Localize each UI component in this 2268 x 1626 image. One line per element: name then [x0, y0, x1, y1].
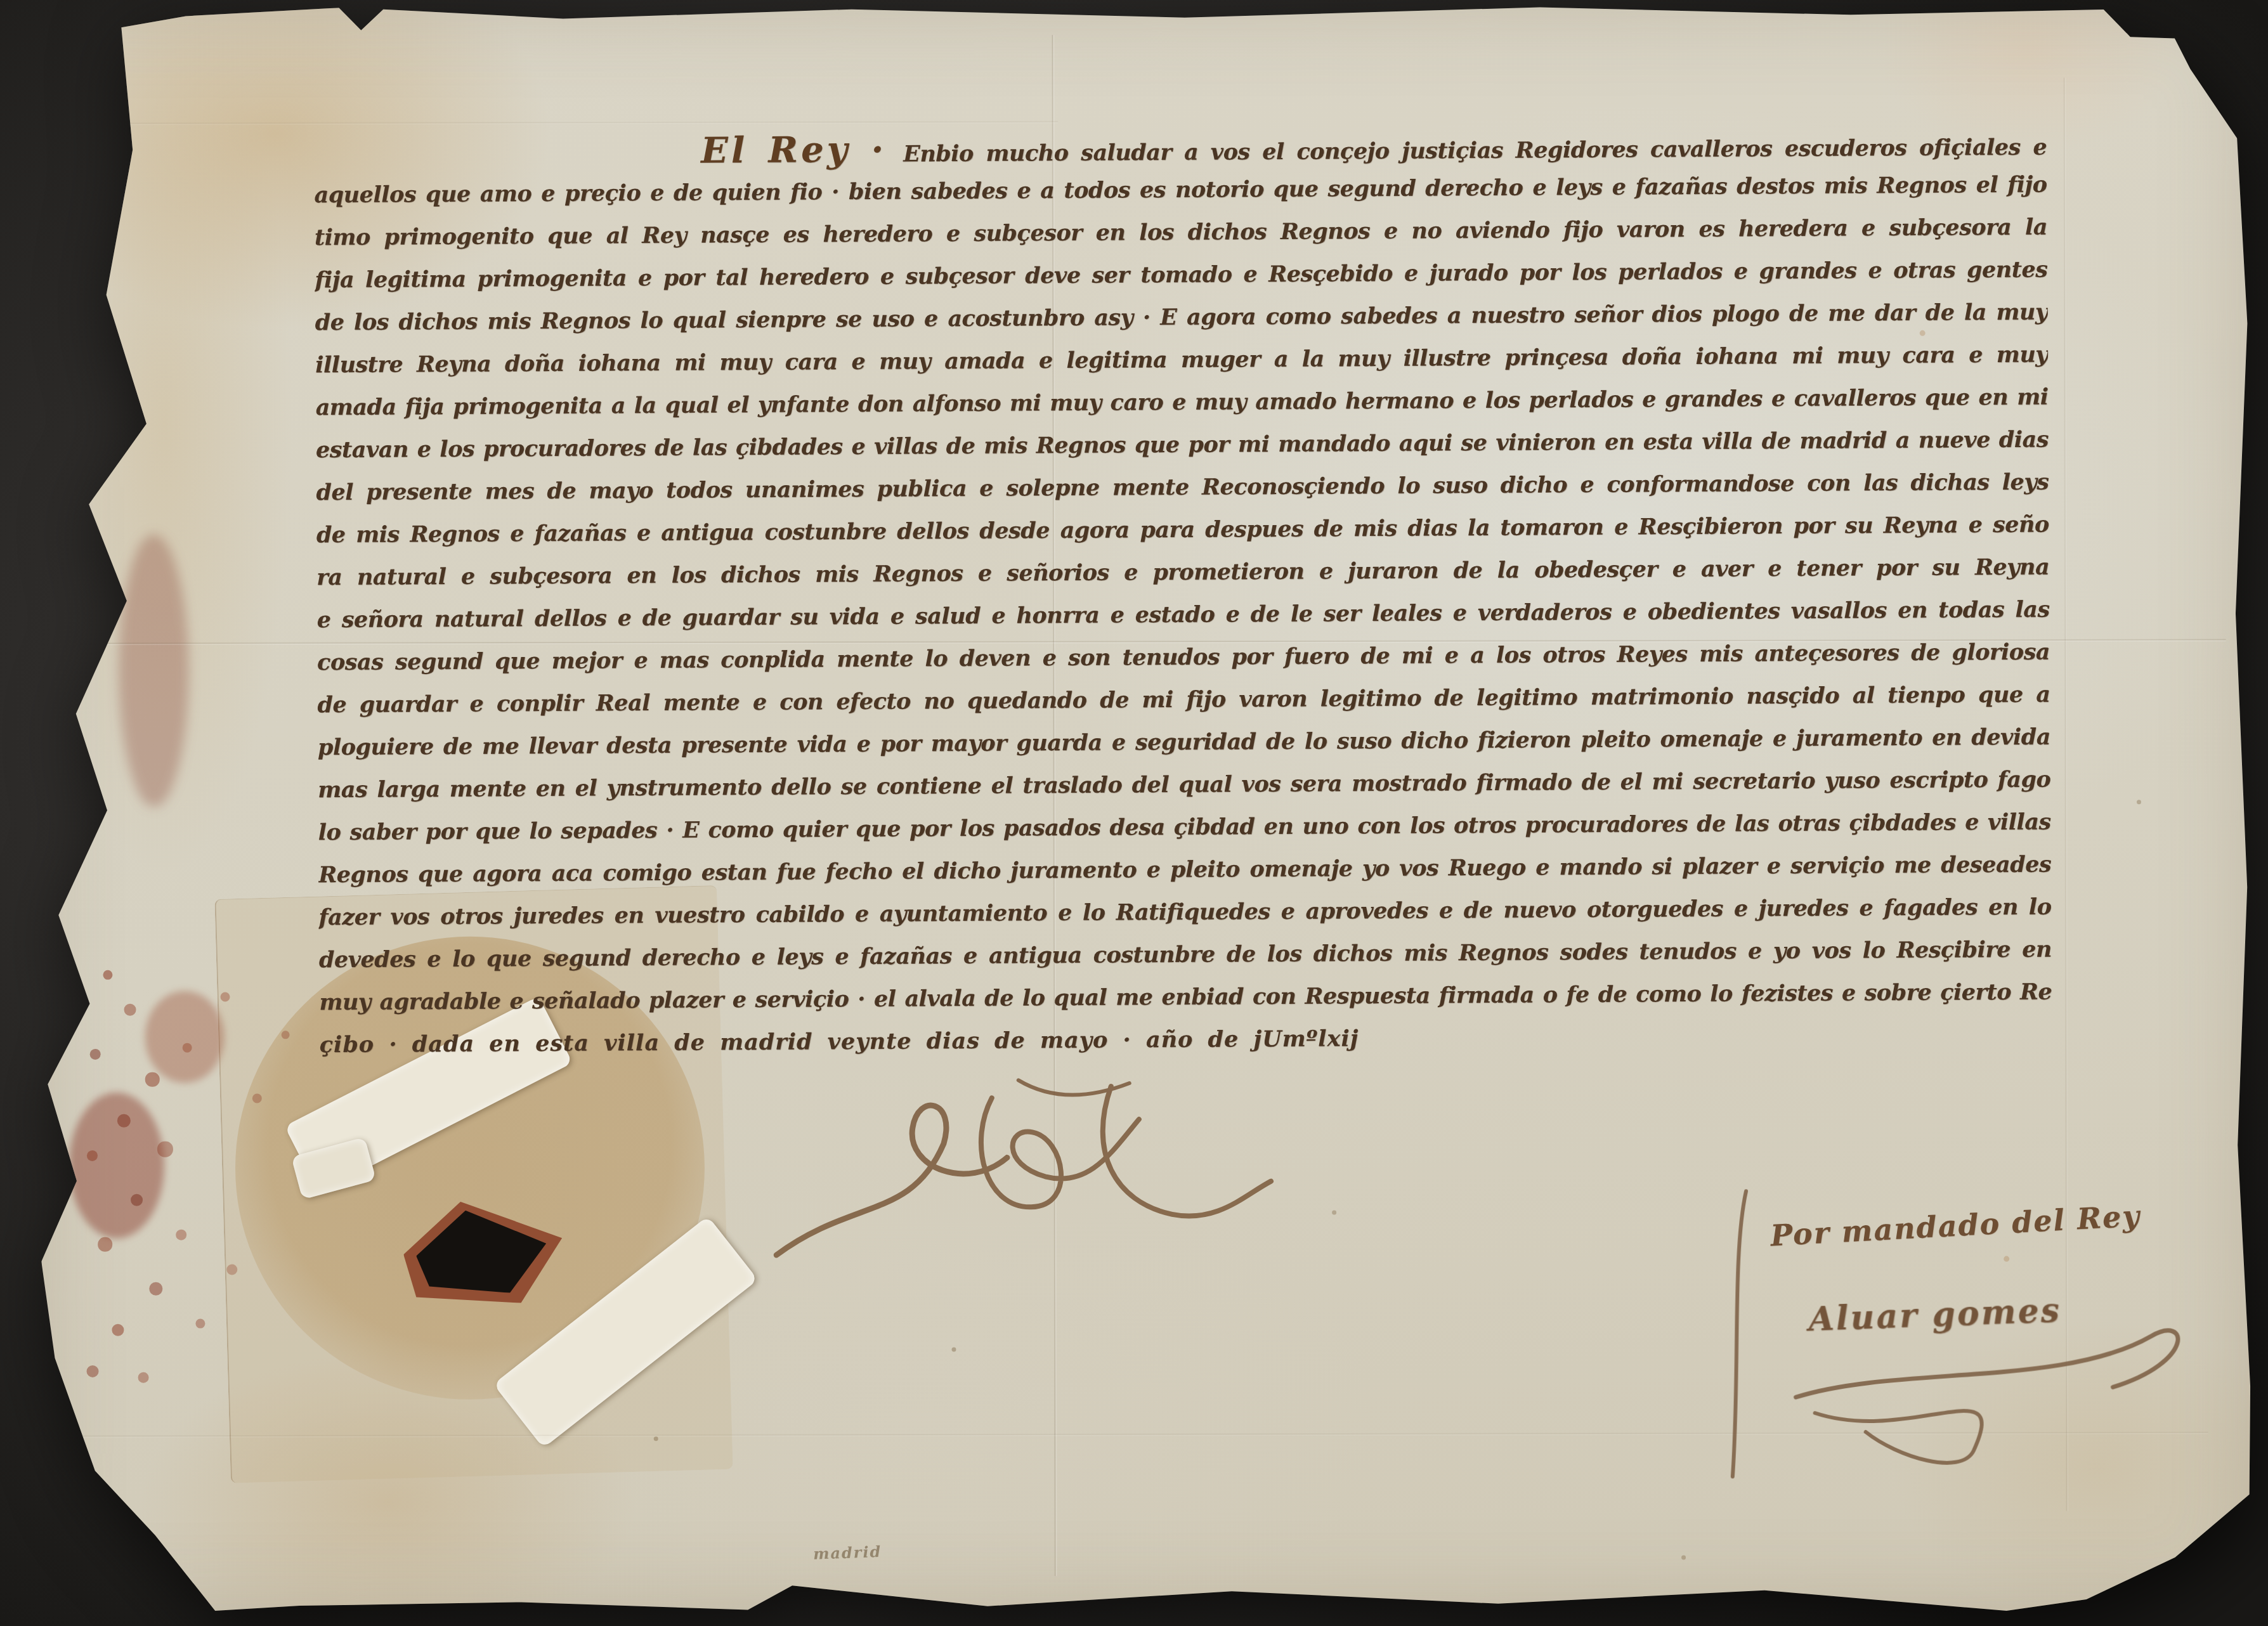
docket-annotation: madrid [813, 1542, 882, 1563]
manuscript-lines: El Rey ·Enbio mucho saludar a vos el con… [314, 122, 2052, 1068]
red-wax-blotch [145, 991, 224, 1083]
red-speckle-stains [30, 5, 36, 11]
royal-signature-rubric [759, 1060, 1330, 1271]
fold-crease-horizontal [107, 120, 1058, 126]
parchment-sheet: El Rey ·Enbio mucho saludar a vos el con… [30, 1, 2253, 1616]
photo-backdrop: El Rey ·Enbio mucho saludar a vos el con… [0, 0, 2268, 1626]
secretary-signature-block: Por mandado del Rey Aluar gomes [1707, 1178, 2268, 1496]
manuscript-text-block: El Rey ·Enbio mucho saludar a vos el con… [314, 122, 2052, 1068]
foxing-specks [30, 5, 34, 8]
red-wax-blotch [69, 1093, 164, 1239]
parchment-wrap: El Rey ·Enbio mucho saludar a vos el con… [32, 3, 2252, 1614]
salutation-el-rey: El Rey · [701, 129, 903, 172]
red-edge-smear [119, 535, 189, 807]
